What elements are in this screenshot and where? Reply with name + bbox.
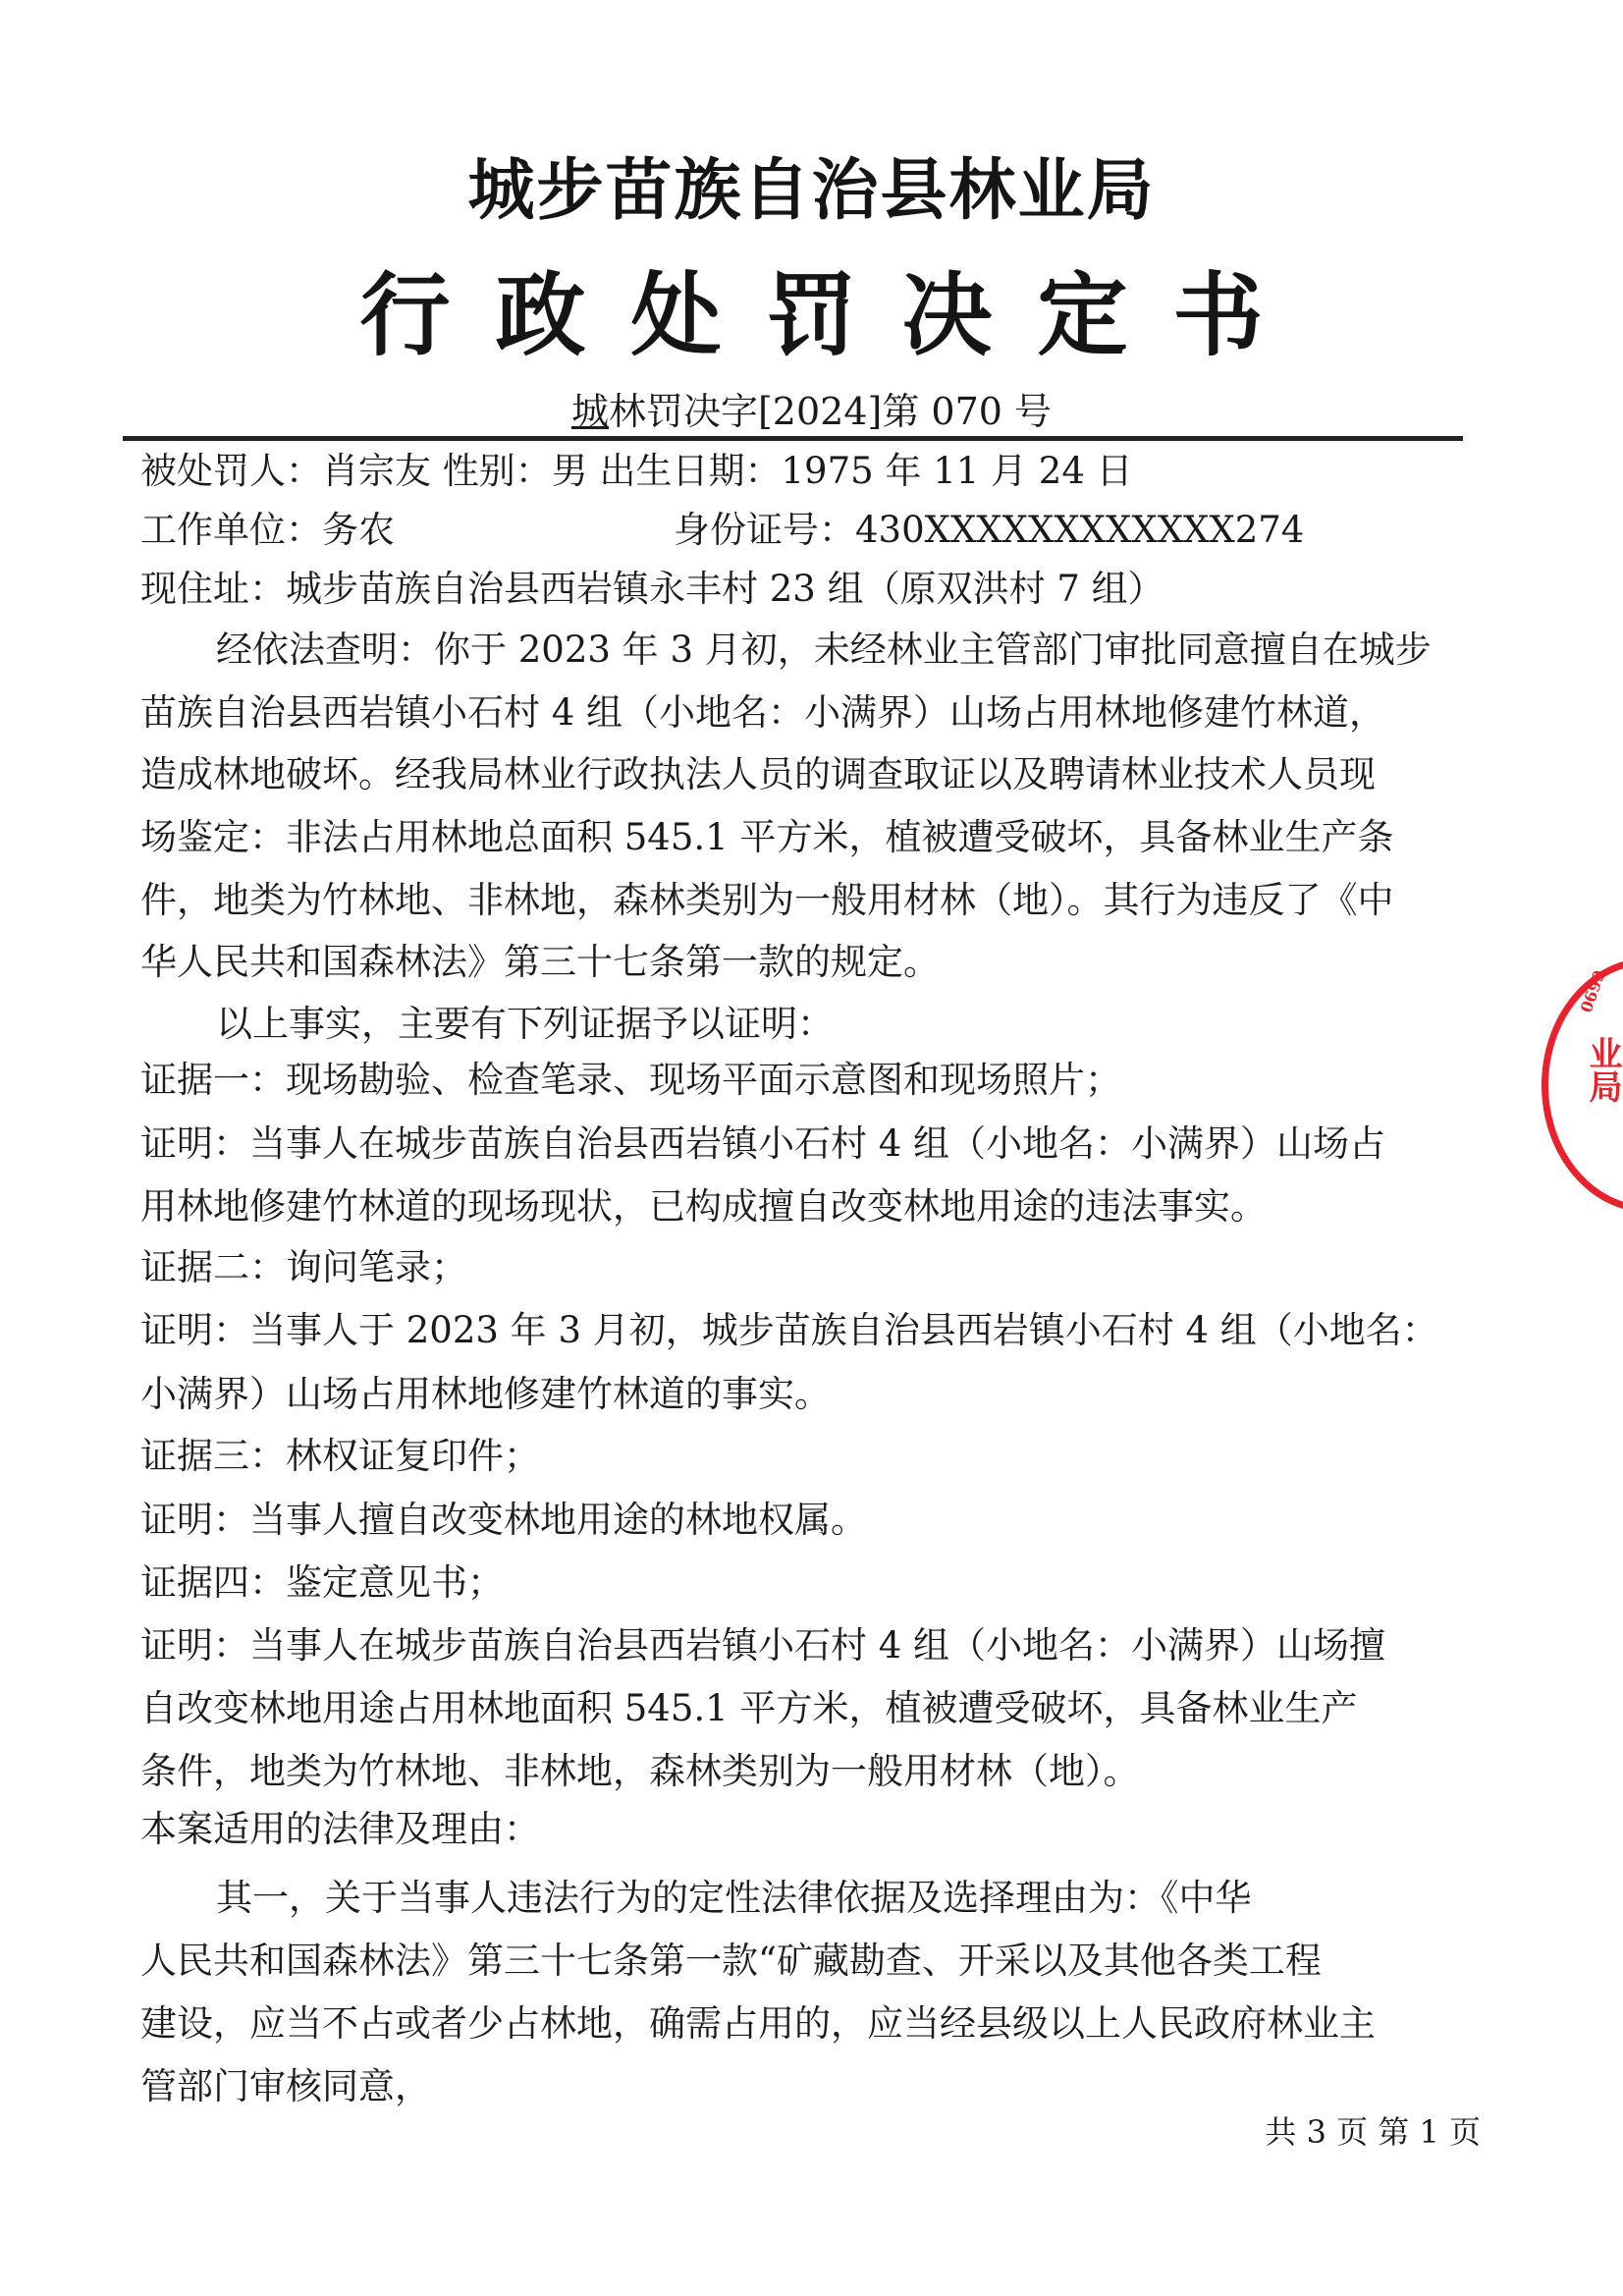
party-line-1: 被处罚人：肖宗友 性别：男 出生日期：1975 年 11 月 24 日 <box>140 447 1133 496</box>
document-title: 行政处罚决定书 <box>0 244 1623 373</box>
evidence-line: 证明：当事人在城步苗族自治县西岩镇小石村 4 组（小地名：小满界）山场擅 <box>140 1621 1385 1670</box>
facts-line: 场鉴定：非法占用林地总面积 545.1 平方米，植被遭受破坏，具备林业生产条 <box>140 813 1393 862</box>
seal-text: 业局 <box>1579 1036 1623 1103</box>
document-number-rest: 林罚决字[2024]第 070 号 <box>609 390 1052 433</box>
evidence-line: 自改变林地用途占用林地面积 545.1 平方米，植被遭受破坏，具备林业生产 <box>140 1684 1357 1733</box>
evidence-line: 证据四：鉴定意见书； <box>140 1558 504 1608</box>
law-line: 管部门审核同意， <box>140 2062 431 2111</box>
evidence-line: 证据一：现场勘验、检查笔录、现场平面示意图和现场照片； <box>140 1056 1121 1105</box>
facts-line: 经依法查明：你于 2023 年 3 月初，未经林业主管部门审批同意擅自在城步 <box>216 626 1432 675</box>
document-number-prefix: 城 <box>571 390 609 433</box>
header-divider <box>123 436 1463 441</box>
party-id-number: 身份证号：430XXXXXXXXXXXX274 <box>674 506 1304 555</box>
facts-line: 件，地类为竹林地、非林地，森林类别为一般用材林（地）。其行为违反了《中 <box>140 876 1394 925</box>
facts-line: 华人民共和国森林法》第三十七条第一款的规定。 <box>140 938 940 987</box>
evidence-line: 用林地修建竹林道的现场现状，已构成擅自改变林地用途的违法事实。 <box>140 1182 1267 1231</box>
document-page: 城步苗族自治县林业局 行政处罚决定书 城林罚决字[2024]第 070 号 被处… <box>0 0 1623 2296</box>
document-number: 城林罚决字[2024]第 070 号 <box>0 381 1623 435</box>
law-line: 人民共和国森林法》第三十七条第一款“矿藏勘查、开采以及其他各类工程 <box>140 1937 1322 1986</box>
evidence-line: 条件，地类为竹林地、非林地，森林类别为一般用材林（地）。 <box>140 1747 1140 1796</box>
agency-name: 城步苗族自治县林业局 <box>0 137 1623 233</box>
facts-line: 造成林地破坏。经我局林业行政执法人员的调查取证以及聘请林业技术人员现 <box>140 750 1376 799</box>
facts-line: 苗族自治县西岩镇小石村 4 组（小地名：小满界）山场占用林地修建竹林道， <box>140 688 1385 738</box>
evidence-line: 证明：当事人于 2023 年 3 月初，城步苗族自治县西岩镇小石村 4 组（小地… <box>140 1306 1438 1355</box>
party-address: 现住址：城步苗族自治县西岩镇永丰村 23 组（原双洪村 7 组） <box>140 565 1164 614</box>
party-work-unit: 工作单位：务农 <box>140 506 395 555</box>
evidence-intro: 以上事实，主要有下列证据予以证明： <box>216 1000 834 1049</box>
evidence-line: 证明：当事人擅自改变林地用途的林地权属。 <box>140 1496 867 1545</box>
page-number: 共 3 页 第 1 页 <box>1265 2107 1481 2153</box>
evidence-line: 证据二：询问笔录； <box>140 1243 467 1292</box>
law-line: 建设，应当不占或者少占林地，确需占用的，应当经县级以上人民政府林业主 <box>140 1999 1376 2049</box>
evidence-line: 小满界）山场占用林地修建竹林道的事实。 <box>140 1370 831 1419</box>
evidence-line: 证据三：林权证复印件； <box>140 1432 540 1481</box>
law-line: 其一，关于当事人违法行为的定性法律依据及选择理由为：《中华 <box>216 1874 1252 1923</box>
law-heading: 本案适用的法律及理由： <box>140 1805 540 1854</box>
evidence-line: 证明：当事人在城步苗族自治县西岩镇小石村 4 组（小地名：小满界）山场占 <box>140 1120 1385 1169</box>
